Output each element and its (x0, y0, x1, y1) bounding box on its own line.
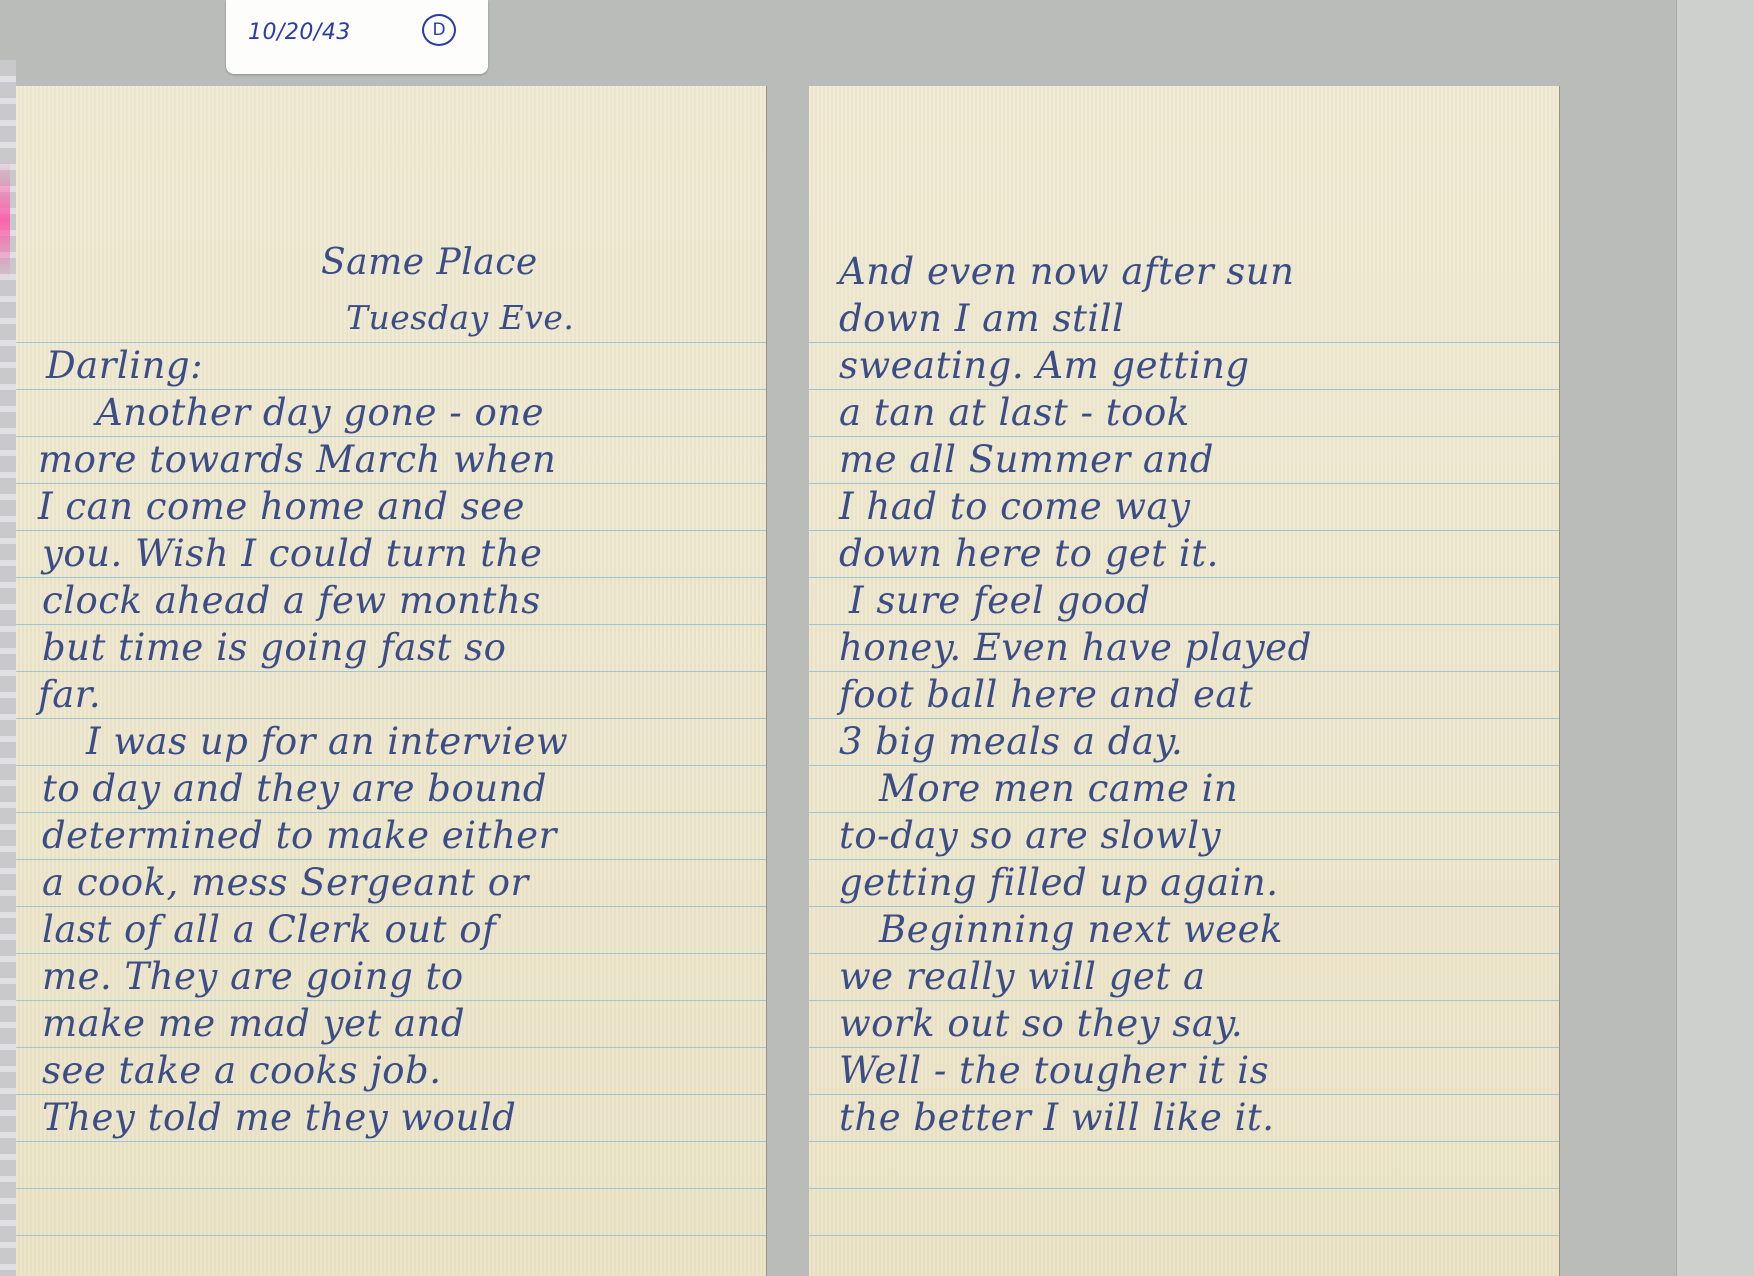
letter-line: more towards March when (38, 436, 556, 483)
letter-line: I was up for an interview (86, 718, 568, 765)
letter-line: but time is going fast so (42, 624, 506, 671)
letter-line: honey. Even have played (839, 624, 1312, 671)
sleeve-right-edge (1676, 0, 1754, 1276)
letter-line: 3 big meals a day. (839, 718, 1183, 765)
letter-line: work out so they say. (839, 1000, 1243, 1047)
letter-line: see take a cooks job. (42, 1047, 442, 1094)
heading-place: Same Place (321, 239, 538, 286)
letter-line: They told me they would (42, 1094, 516, 1141)
letter-line: to day and they are bound (42, 765, 547, 812)
letter-line: last of all a Clerk out of (42, 906, 496, 953)
letter-line: you. Wish I could turn the (42, 530, 542, 577)
letter-page-1: Same Place Tuesday Eve. Darling: Another… (16, 86, 766, 1276)
letter-line: a cook, mess Sergeant or (42, 859, 529, 906)
letter-line: determined to make either (42, 812, 557, 859)
letter-line: Another day gone - one (96, 389, 544, 436)
letter-line: Beginning next week (879, 906, 1283, 953)
archive-date: 10/20/43 (248, 20, 351, 45)
letter-line: a tan at last - took (839, 389, 1190, 436)
heading-day: Tuesday Eve. (346, 294, 574, 341)
letter-line: And even now after sun (839, 248, 1294, 295)
letter-line: me. They are going to (42, 953, 464, 1000)
archive-letter-code-circled: D (422, 14, 456, 46)
letter-line: the better I will like it. (839, 1094, 1275, 1141)
letter-line: getting filled up again. (839, 859, 1278, 906)
page-2-handwriting: And even now after sun down I am still s… (809, 86, 1559, 1276)
letter-line: make me mad yet and (42, 1000, 465, 1047)
letter-line: sweating. Am getting (839, 342, 1250, 389)
letter-line: Well - the tougher it is (839, 1047, 1269, 1094)
page-1-handwriting: Same Place Tuesday Eve. Darling: Another… (16, 86, 766, 1276)
letter-line: far. (38, 671, 101, 718)
letter-page-2: And even now after sun down I am still s… (809, 86, 1559, 1276)
letter-line: down I am still (839, 295, 1124, 342)
letter-line: foot ball here and eat (839, 671, 1253, 718)
sleeve-edge-highlight (0, 160, 10, 280)
letter-line: I sure feel good (849, 577, 1151, 624)
letter-line: me all Summer and (839, 436, 1214, 483)
letter-line: down here to get it. (839, 530, 1219, 577)
letter-line: we really will get a (839, 953, 1206, 1000)
letter-line: More men came in (879, 765, 1238, 812)
salutation: Darling: (46, 342, 203, 389)
letter-line: to-day so are slowly (839, 812, 1221, 859)
letter-line: I had to come way (839, 483, 1191, 530)
letter-line: clock ahead a few months (42, 577, 541, 624)
letter-line: I can come home and see (38, 483, 525, 530)
archive-label-card: 10/20/43 D (226, 0, 488, 74)
